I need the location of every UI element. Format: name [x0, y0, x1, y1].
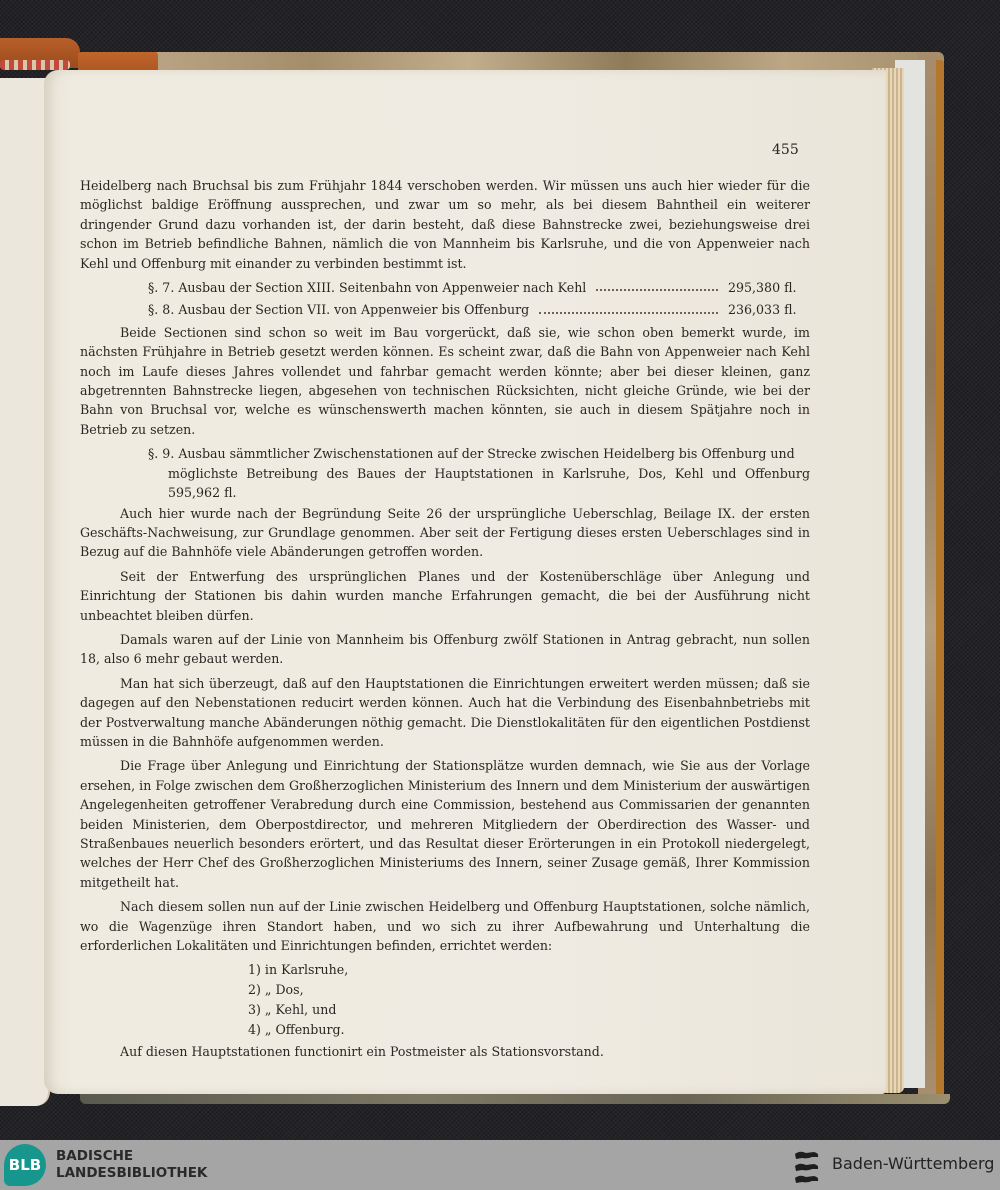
section-8-amount: 236,033 fl.: [728, 300, 810, 319]
paragraph: Auf diesen Hauptstationen functionirt ei…: [80, 1042, 810, 1061]
left-page-edge: [0, 78, 50, 1106]
page-text: Heidelberg nach Bruchsal bis zum Frühjah…: [80, 140, 810, 1067]
station-list: 1) in Karlsruhe, 2) „ Dos, 3) „ Kehl, un…: [248, 960, 810, 1040]
book-headband: [0, 60, 70, 70]
section-7-entry: §. 7. Ausbau der Section XIII. Seitenbah…: [80, 278, 810, 297]
blb-name-line-2: LANDESBIBLIOTHEK: [56, 1165, 207, 1182]
blb-logo[interactable]: BLB: [4, 1144, 46, 1186]
section-8-label: §. 8. Ausbau der Section VII. von Appenw…: [148, 300, 529, 319]
list-item: 1) in Karlsruhe,: [248, 960, 810, 980]
paragraph: Auch hier wurde nach der Begründung Seit…: [80, 504, 810, 562]
section-9-line-1: §. 9. Ausbau sämmtlicher Zwischenstation…: [148, 446, 795, 461]
baden-wuerttemberg-name[interactable]: Baden-Württemberg: [832, 1154, 994, 1173]
list-item: 3) „ Kehl, und: [248, 1000, 810, 1020]
blb-name-line-1: BADISCHE: [56, 1148, 207, 1165]
leader-dots: [539, 300, 718, 313]
list-item: 2) „ Dos,: [248, 980, 810, 1000]
section-8-entry: §. 8. Ausbau der Section VII. von Appenw…: [80, 300, 810, 319]
section-9-entry: §. 9. Ausbau sämmtlicher Zwischenstation…: [80, 444, 810, 502]
paragraph: Die Frage über Anlegung und Einrichtung …: [80, 756, 810, 892]
leader-dots: [596, 278, 718, 291]
section-7-label: §. 7. Ausbau der Section XIII. Seitenbah…: [148, 278, 586, 297]
paragraph: Heidelberg nach Bruchsal bis zum Frühjah…: [80, 176, 810, 273]
baden-wuerttemberg-lions-icon[interactable]: [792, 1148, 822, 1184]
book-bottom-edge: [80, 1094, 950, 1104]
list-item: 4) „ Offenburg.: [248, 1020, 810, 1040]
paragraph: Seit der Entwerfung des ursprünglichen P…: [80, 567, 810, 625]
paragraph: Nach diesem sollen nun auf der Linie zwi…: [80, 897, 810, 955]
paragraph: Beide Sectionen sind schon so weit im Ba…: [80, 323, 810, 439]
section-7-amount: 295,380 fl.: [728, 278, 810, 297]
paragraph: Damals waren auf der Linie von Mannheim …: [80, 630, 810, 669]
footer-bar: BLB BADISCHE LANDESBIBLIOTHEK Baden-Würt…: [0, 1140, 1000, 1190]
paragraph: Man hat sich überzeugt, daß auf den Haup…: [80, 674, 810, 752]
blb-name[interactable]: BADISCHE LANDESBIBLIOTHEK: [56, 1148, 207, 1182]
section-9-line-2: möglichste Betreibung des Baues der Haup…: [148, 464, 810, 503]
book-cover-edge: [936, 60, 944, 1095]
